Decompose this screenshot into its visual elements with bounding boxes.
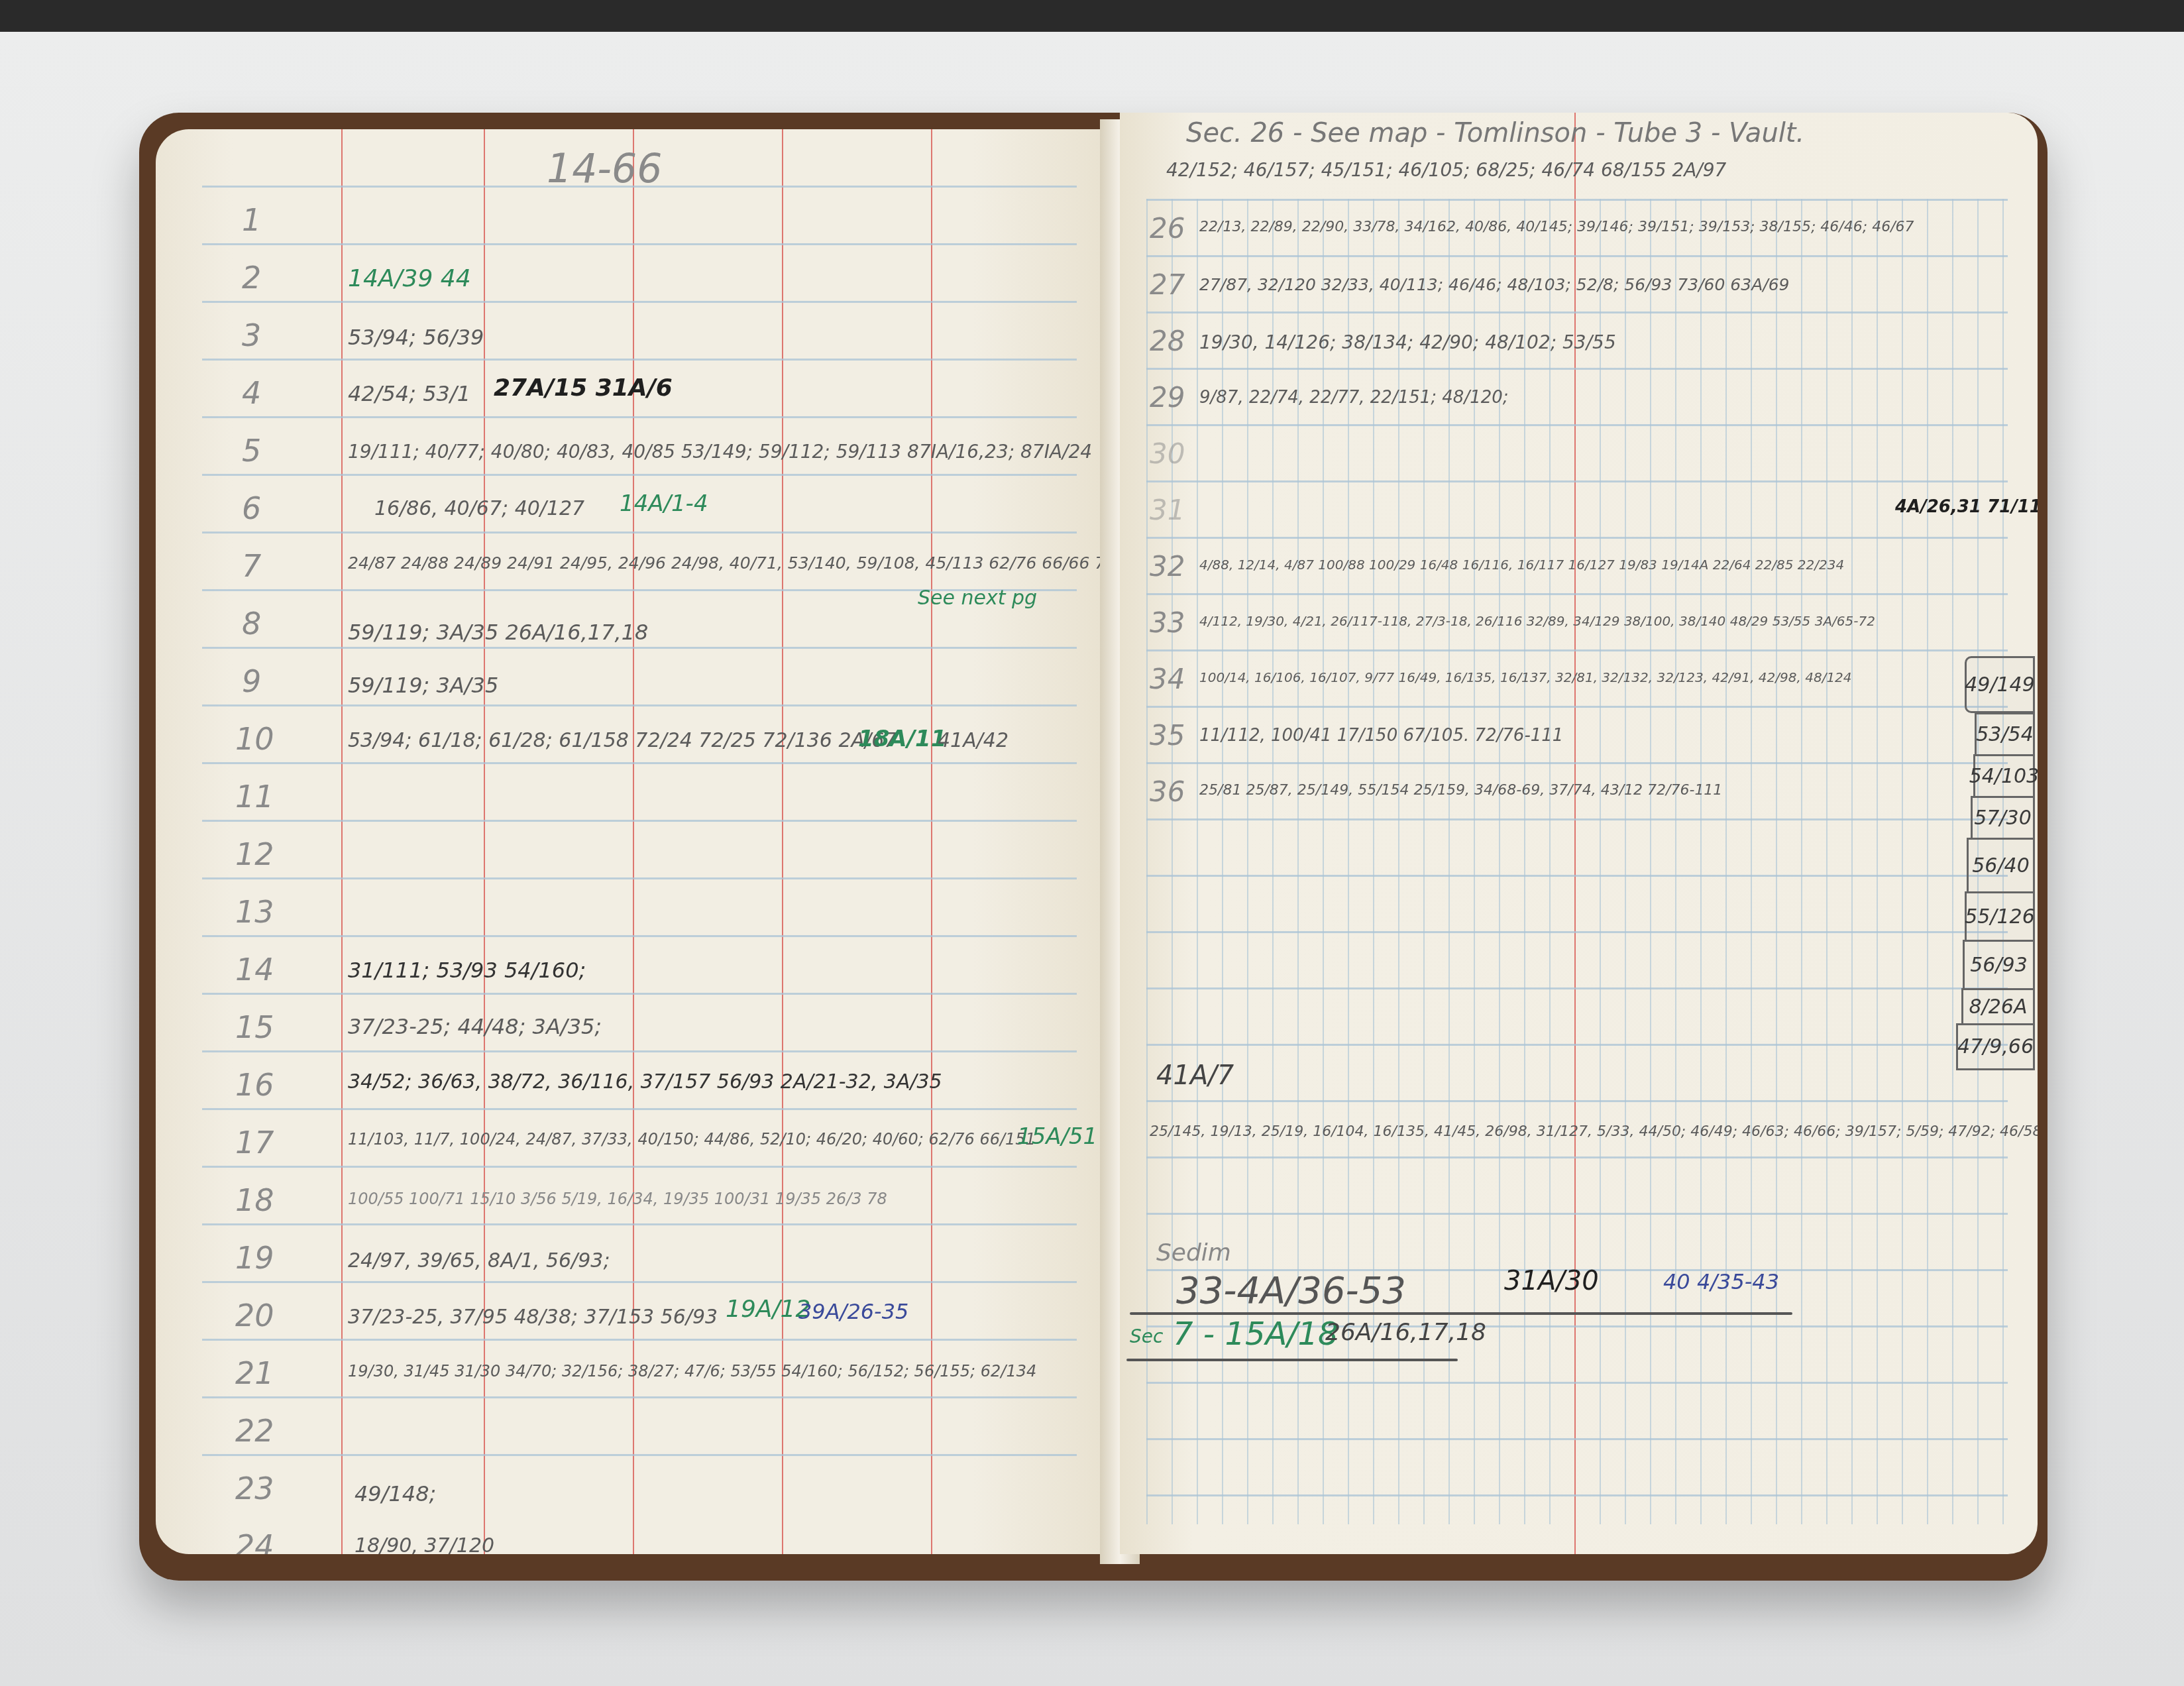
line-rule — [202, 877, 1077, 879]
line-rule — [1146, 931, 2008, 933]
ledger-entry: 41A/7 — [1156, 1060, 1234, 1091]
ledger-entry: 15A/51 — [1017, 1123, 1097, 1150]
line-rule — [202, 1166, 1077, 1168]
ledger-entry: 4/112, 19/30, 4/21, 26/117-118, 27/3-18,… — [1199, 613, 1875, 629]
row-number: 13 — [235, 894, 274, 930]
row-number: 31 — [1150, 494, 1185, 526]
line-rule — [202, 1223, 1077, 1225]
ledger-entry: 22/13, 22/89, 22/90, 33/78, 34/162, 40/8… — [1199, 219, 1914, 235]
row-number: 11 — [235, 779, 274, 815]
row-number: 14 — [235, 952, 274, 987]
ledger-entry: 18A/11 — [858, 726, 946, 752]
row-number: 28 — [1150, 325, 1185, 357]
boxed-entry: 54/103 — [1973, 754, 2035, 798]
line-rule — [1146, 706, 2008, 708]
ledger-entry: 53/94; 56/39 — [348, 325, 484, 350]
row-number: 10 — [235, 721, 274, 757]
row-number: 34 — [1150, 663, 1185, 695]
row-number: 18 — [235, 1182, 274, 1218]
boxed-entry: 57/30 — [1971, 796, 2035, 840]
ledger-entry: 59/119; 3A/35 — [348, 673, 498, 698]
ledger-entry: 27A/15 31A/6 — [494, 374, 673, 402]
right-page: Sec. 26 - See map - Tomlinson - Tube 3 -… — [1120, 113, 2038, 1554]
line-rule — [1146, 1438, 2008, 1440]
ledger-entry: 19/111; 40/77; 40/80; 40/83, 40/85 53/14… — [348, 441, 1092, 463]
line-rule — [202, 647, 1077, 649]
row-number: 3 — [242, 317, 261, 353]
row-number: 26 — [1150, 212, 1185, 245]
ledger-entry: 42/152; 46/157; 45/151; 46/105; 68/25; 4… — [1166, 159, 1726, 181]
row-number: 29 — [1150, 381, 1185, 414]
line-rule — [202, 1454, 1077, 1456]
line-rule — [1146, 1156, 2008, 1158]
ledger-entry: 49/148; — [355, 1481, 436, 1506]
ledger-entry: 100/14, 16/106, 16/107, 9/77 16/49, 16/1… — [1199, 669, 1852, 685]
ledger-entry: 24/97, 39/65, 8A/1, 56/93; — [348, 1249, 610, 1272]
row-number: 22 — [235, 1413, 274, 1449]
row-number: 32 — [1150, 550, 1185, 583]
boxed-entry: 53/54 — [1975, 712, 2035, 756]
row-number: 21 — [235, 1355, 274, 1391]
red-column-rule — [1574, 113, 1576, 1554]
boxed-entry: 55/126 — [1965, 891, 2035, 942]
row-number: 5 — [242, 433, 261, 469]
line-rule — [1146, 1494, 2008, 1496]
line-rule — [202, 532, 1077, 534]
line-rule — [1146, 311, 2008, 313]
boxed-entry: 49/149 — [1965, 656, 2035, 713]
line-rule — [202, 762, 1077, 764]
line-rule — [202, 243, 1077, 245]
row-number: 23 — [235, 1471, 274, 1506]
ledger-entry: 53/94; 61/18; 61/28; 61/158 72/24 72/25 … — [348, 729, 897, 752]
sec-label: Sec — [1130, 1325, 1163, 1347]
line-rule — [1146, 818, 2008, 820]
page-header: Sec. 26 - See map - Tomlinson - Tube 3 -… — [1186, 118, 1804, 148]
ledger-entry: 31/111; 53/93 54/160; — [348, 958, 586, 983]
ledger-entry: 31A/30 — [1504, 1266, 1599, 1296]
boxed-entry: 56/93 — [1963, 940, 2035, 990]
line-rule — [1146, 537, 2008, 539]
row-number: 15 — [235, 1009, 274, 1045]
line-rule — [202, 1396, 1077, 1398]
line-rule — [1146, 1382, 2008, 1384]
line-rule — [1146, 480, 2008, 482]
ledger-entry: 59/119; 3A/35 26A/16,17,18 — [348, 620, 648, 645]
ledger-entry: 26A/16,17,18 — [1325, 1319, 1486, 1346]
line-rule — [1146, 1044, 2008, 1046]
row-number: 35 — [1150, 719, 1185, 752]
row-number: 8 — [242, 606, 261, 642]
line-rule — [202, 1339, 1077, 1341]
line-rule — [1146, 1100, 2008, 1102]
ledger-entry: 7 - 15A/18 — [1173, 1316, 1338, 1353]
line-rule — [202, 935, 1077, 937]
ledger-entry: 4A/26,31 71/112 — [1895, 497, 2038, 517]
ledger-entry: 18/90, 37/120 — [355, 1534, 494, 1554]
row-number: 7 — [242, 548, 261, 584]
line-rule — [1146, 368, 2008, 370]
line-rule — [1146, 762, 2008, 764]
row-number: 30 — [1150, 437, 1185, 470]
boxed-entry: 8/26A — [1961, 988, 2035, 1025]
see-next-page-note: See next pg — [918, 587, 1037, 610]
ledger-entry: 41A/42 — [938, 729, 1009, 752]
line-rule — [202, 1281, 1077, 1283]
ledger-entry: 24/87 24/88 24/89 24/91 24/95, 24/96 24/… — [348, 553, 1117, 573]
page-header: 14-66 — [547, 146, 662, 192]
line-rule — [202, 993, 1077, 995]
ledger-entry: 34/52; 36/63, 38/72, 36/116, 37/157 56/9… — [348, 1070, 942, 1094]
line-rule — [1146, 987, 2008, 989]
line-rule — [202, 301, 1077, 303]
ledger-entry: 14A/39 44 — [348, 265, 471, 292]
ledger-entry: 14A/1-4 — [620, 490, 708, 517]
boxed-entry: 47/9,66 — [1956, 1023, 2035, 1070]
row-number: 12 — [235, 836, 274, 872]
row-number: 2 — [242, 260, 261, 296]
row-number: 33 — [1150, 606, 1185, 639]
ledger-entry: 16/86, 40/67; 40/127 — [374, 497, 584, 520]
ledger-entry: 42/54; 53/1 — [348, 381, 470, 406]
underline-stroke — [1130, 1312, 1792, 1315]
line-rule — [202, 416, 1077, 418]
row-number: 24 — [235, 1528, 274, 1554]
row-number: 9 — [242, 663, 261, 699]
ledger-entry: 19/30, 14/126; 38/134; 42/90; 48/102; 53… — [1199, 331, 1616, 353]
line-rule — [202, 474, 1077, 476]
underline-stroke — [1126, 1359, 1458, 1361]
line-rule — [1146, 424, 2008, 426]
line-rule — [1146, 875, 2008, 877]
ledger-entry: 40 4/35-43 — [1663, 1269, 1779, 1294]
line-rule — [202, 820, 1077, 822]
ledger-entry: 25/145, 19/13, 25/19, 16/104, 16/135, 41… — [1150, 1123, 2038, 1140]
ledger-entry: 11/112, 100/41 17/150 67/105. 72/76-111 — [1199, 726, 1563, 746]
line-rule — [202, 704, 1077, 706]
row-number: 1 — [242, 202, 261, 238]
scanner-top-edge — [0, 0, 2184, 32]
line-rule — [1146, 255, 2008, 257]
line-rule — [202, 1050, 1077, 1052]
ledger-entry: 9/87, 22/74, 22/77, 22/151; 48/120; — [1199, 388, 1509, 408]
ledger-entry: 11/103, 11/7, 100/24, 24/87, 37/33, 40/1… — [348, 1130, 1036, 1149]
left-page: 14-66 1 2 3 4 5 6 7 8 9 10 11 12 13 14 1… — [156, 129, 1117, 1554]
summary-entry: 33-4A/36-53 — [1176, 1269, 1406, 1312]
ledger-entry: 27/87, 32/120 32/33, 40/113; 46/46; 48/1… — [1199, 275, 1789, 294]
row-number: 20 — [235, 1298, 274, 1333]
ledger-entry: 39A/26-35 — [798, 1299, 908, 1324]
line-rule — [1146, 649, 2008, 651]
row-number: 19 — [235, 1240, 274, 1276]
ledger-entry: 25/81 25/87, 25/149, 55/154 25/159, 34/6… — [1199, 782, 1722, 799]
row-number: 6 — [242, 490, 261, 526]
line-rule — [1146, 1213, 2008, 1215]
ledger-entry: 19/30, 31/45 31/30 34/70; 32/156; 38/27;… — [348, 1362, 1036, 1380]
line-rule — [202, 1108, 1077, 1110]
line-rule — [1146, 199, 2008, 201]
ledger-entry: 37/23-25; 44/48; 3A/35; — [348, 1014, 602, 1039]
line-rule — [1146, 593, 2008, 595]
line-rule — [202, 359, 1077, 361]
ledger-entry: 4/88, 12/14, 4/87 100/88 100/29 16/48 16… — [1199, 557, 1844, 573]
row-number: 16 — [235, 1067, 274, 1103]
ledger-entry: 100/55 100/71 15/10 3/56 5/19, 16/34, 19… — [348, 1190, 887, 1208]
ledger-entry: 37/23-25, 37/95 48/38; 37/153 56/93 — [348, 1306, 718, 1329]
row-number: 4 — [242, 375, 261, 411]
boxed-entry: 56/40 — [1967, 838, 2035, 893]
row-number: 17 — [235, 1125, 274, 1160]
sedim-label: Sedim — [1156, 1239, 1231, 1266]
row-number: 36 — [1150, 775, 1185, 808]
row-number: 27 — [1150, 268, 1185, 301]
